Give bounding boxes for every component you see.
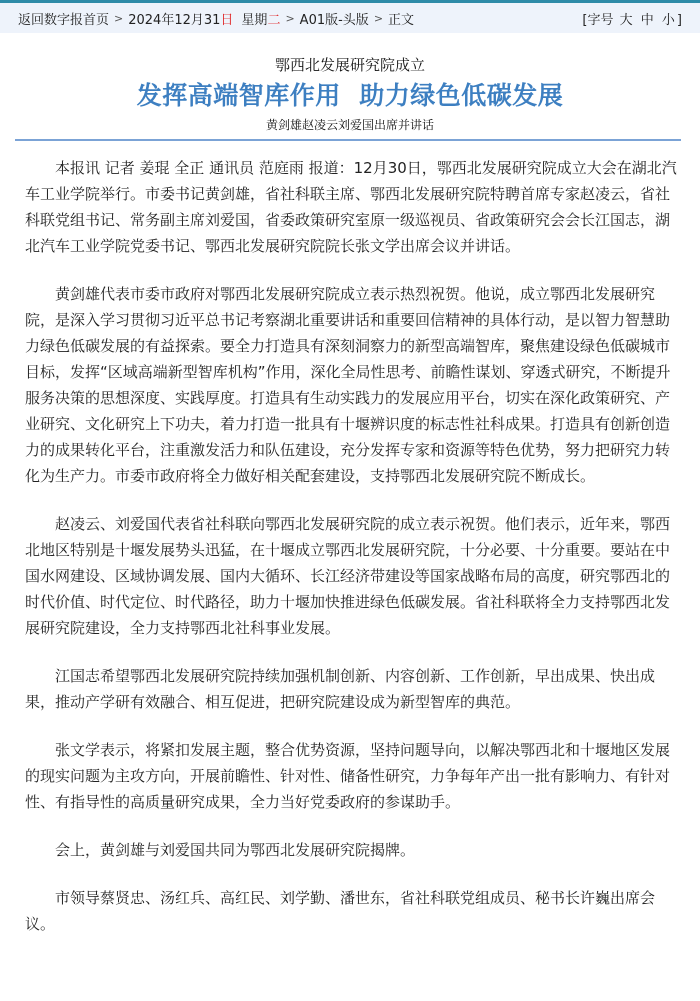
date-day-char: 日 xyxy=(220,13,233,28)
breadcrumb-separator: > xyxy=(114,12,123,25)
bracket-close: ] xyxy=(677,13,682,28)
paragraph: 江国志希望鄂西北发展研究院持续加强机制创新、内容创新、工作创新，早出成果、快出成… xyxy=(25,663,680,715)
weekday-text: 星期 xyxy=(241,13,267,28)
weekday-day-char: 二 xyxy=(267,13,280,28)
issue-date: 2024年12月31日 xyxy=(128,9,233,28)
date-text: 2024年12月31 xyxy=(128,13,220,28)
font-size-small-button[interactable]: 小 xyxy=(662,13,675,28)
article-title: 发挥高端智库作用 助力绿色低碳发展 xyxy=(0,79,700,113)
paragraph: 本报讯 记者 姜琨 全正 通讯员 范庭雨 报道：12月30日，鄂西北发展研究院成… xyxy=(25,155,680,259)
breadcrumb-separator: > xyxy=(374,12,383,25)
article-kicker: 鄂西北发展研究院成立 xyxy=(0,55,700,75)
article-header: 鄂西北发展研究院成立 发挥高端智库作用 助力绿色低碳发展 黄剑雄赵凌云刘爱国出席… xyxy=(0,33,700,133)
paragraph: 黄剑雄代表市委市政府对鄂西北发展研究院成立表示热烈祝贺。他说，成立鄂西北发展研究… xyxy=(25,281,680,489)
current-page: 正文 xyxy=(388,9,414,28)
paragraph: 张文学表示，将紧扣发展主题，整合优势资源，坚持问题导向，以解决鄂西北和十堰地区发… xyxy=(25,737,680,815)
breadcrumb-separator: > xyxy=(285,12,294,25)
paragraph: 市领导蔡贤忠、汤红兵、高红民、刘学勤、潘世东，省社科联党组成员、秘书长许巍出席会… xyxy=(25,885,680,937)
breadcrumb-bar: 返回数字报首页 > 2024年12月31日 星期二 > A01版-头版 > 正文… xyxy=(0,3,700,33)
font-size-large-button[interactable]: 大 xyxy=(620,13,633,28)
edition-link[interactable]: A01版-头版 xyxy=(300,9,369,28)
paragraph: 会上，黄剑雄与刘爱国共同为鄂西北发展研究院揭牌。 xyxy=(25,837,680,863)
font-size-control: [字号 大 中 小] xyxy=(582,9,682,28)
breadcrumb: 返回数字报首页 > 2024年12月31日 星期二 > A01版-头版 > 正文 xyxy=(18,9,414,28)
font-size-medium-button[interactable]: 中 xyxy=(641,13,654,28)
weekday: 星期二 xyxy=(241,9,280,28)
article-body: 本报讯 记者 姜琨 全正 通讯员 范庭雨 报道：12月30日，鄂西北发展研究院成… xyxy=(0,141,700,937)
paragraph: 赵凌云、刘爱国代表省社科联向鄂西北发展研究院的成立表示祝贺。他们表示，近年来，鄂… xyxy=(25,511,680,641)
article-subtitle: 黄剑雄赵凌云刘爱国出席并讲话 xyxy=(0,117,700,133)
home-link[interactable]: 返回数字报首页 xyxy=(18,9,109,28)
font-size-label: 字号 xyxy=(587,13,613,28)
